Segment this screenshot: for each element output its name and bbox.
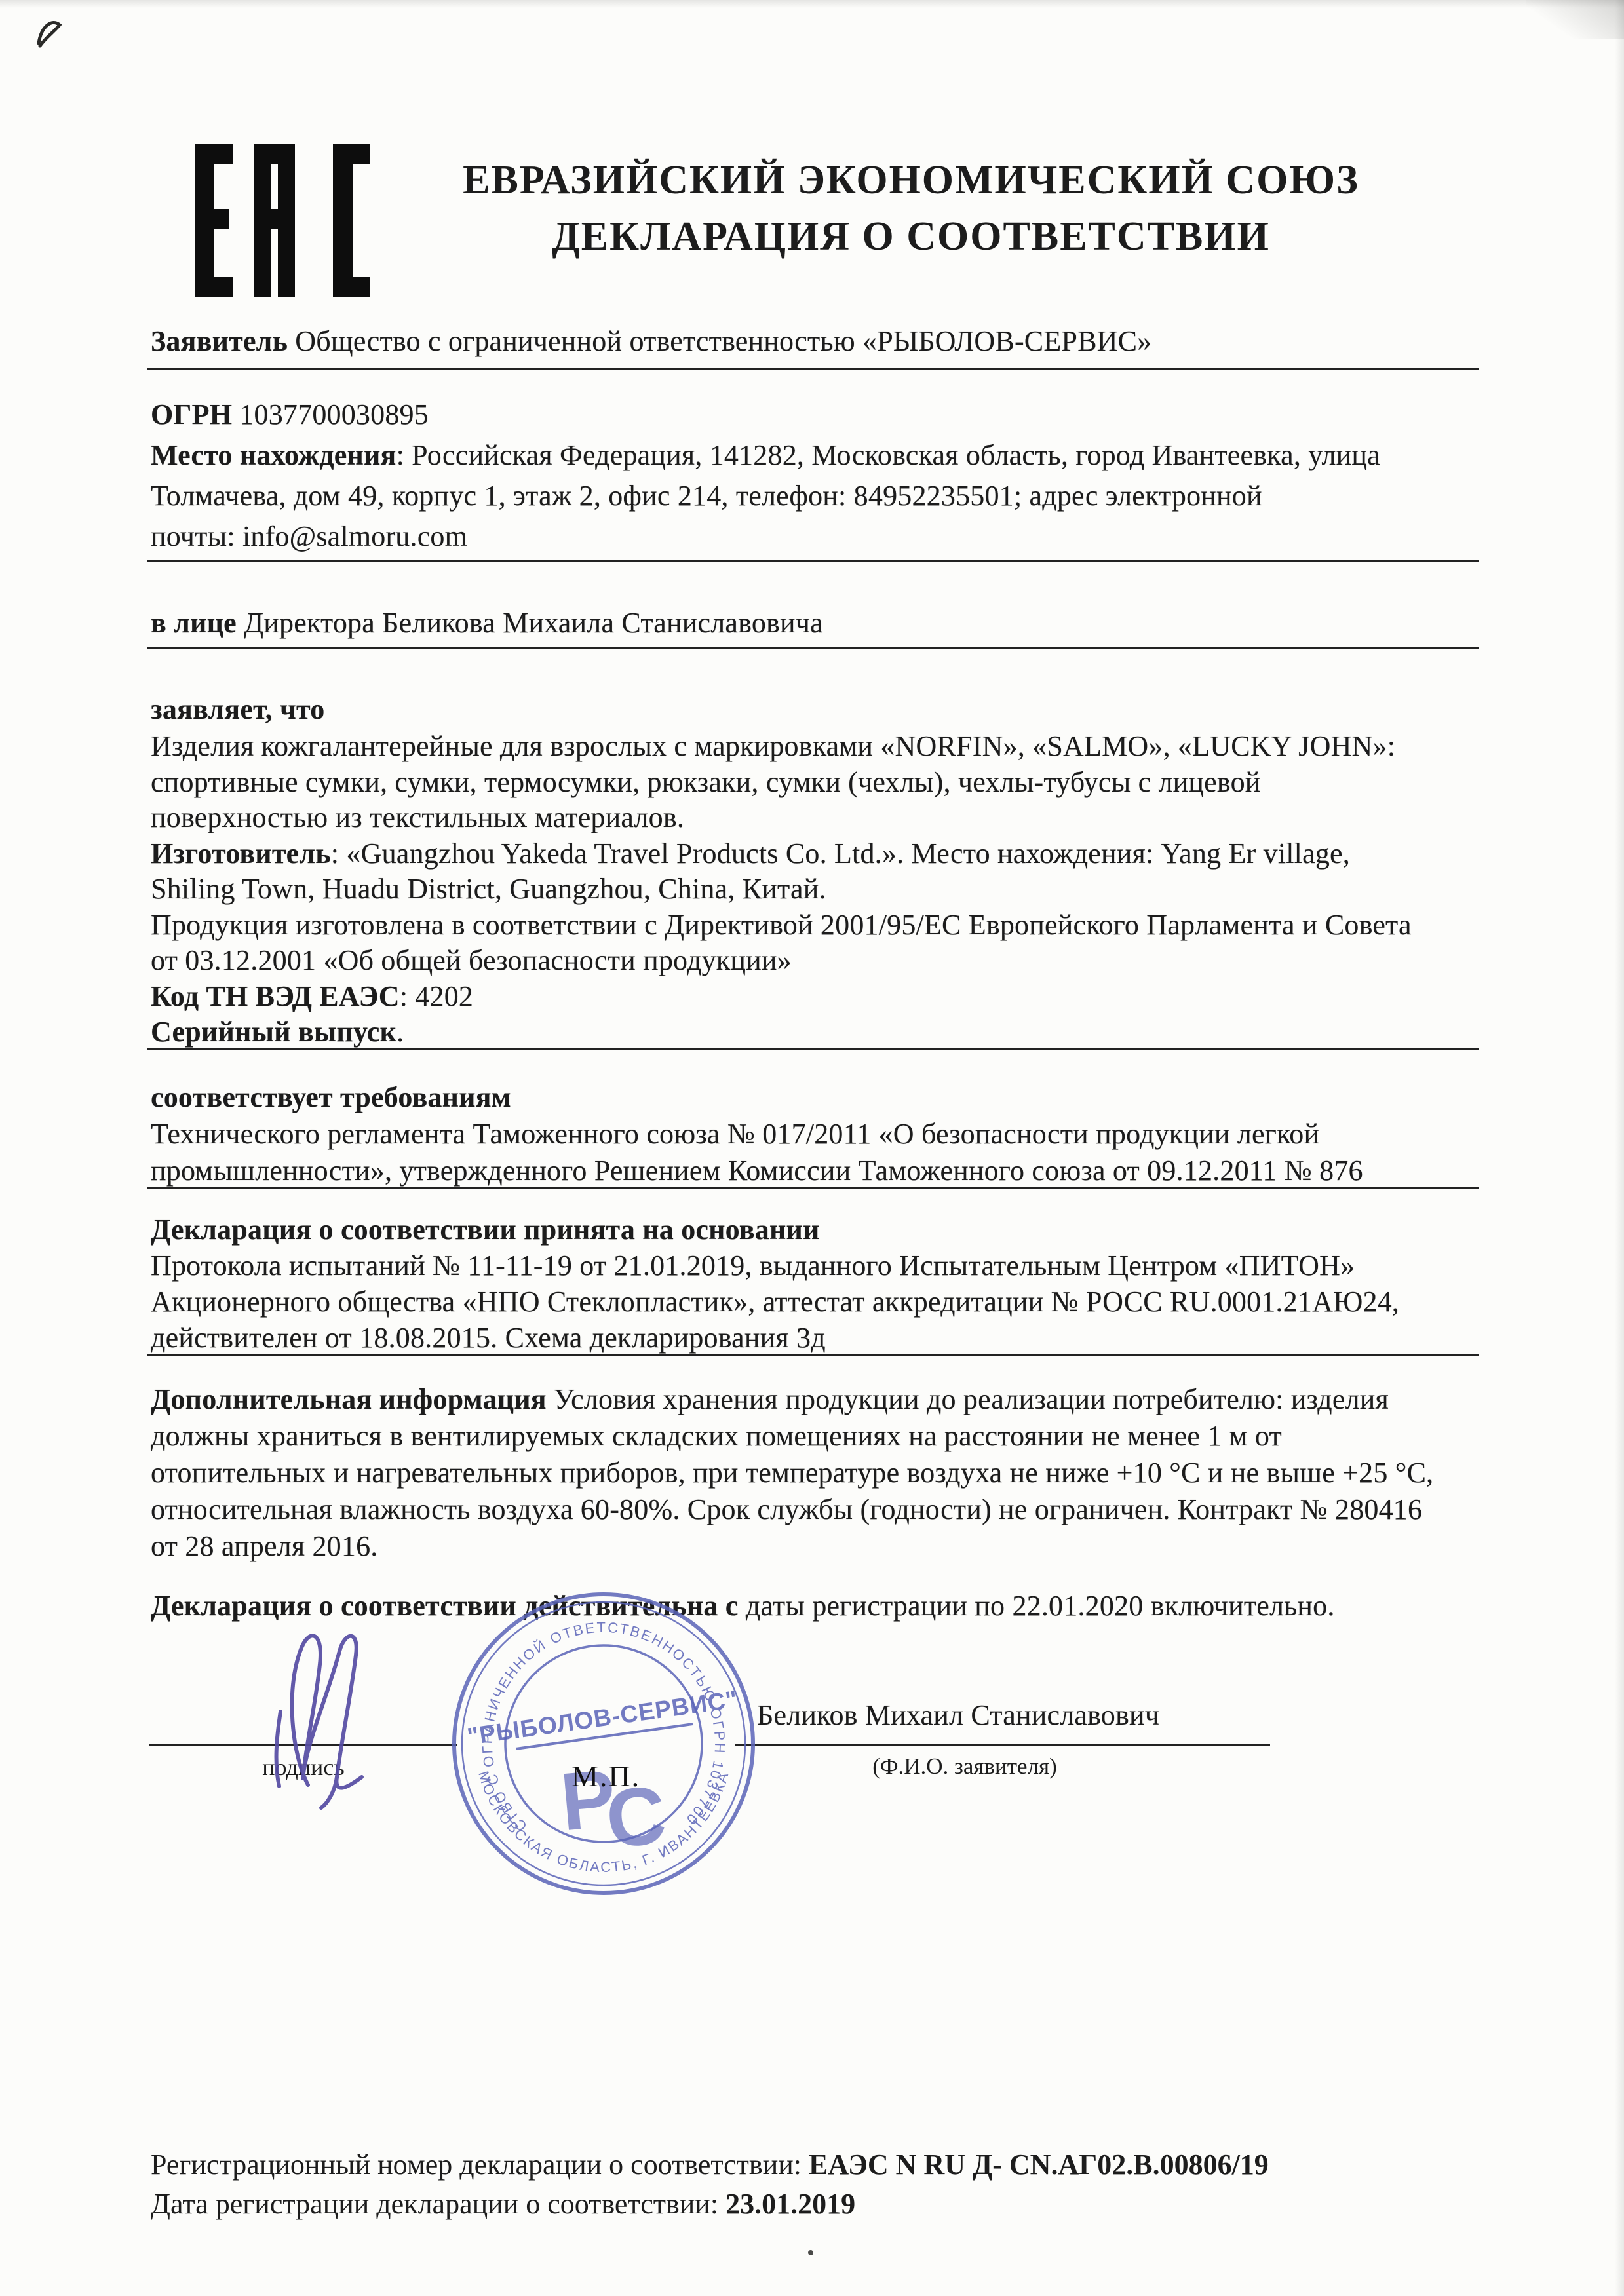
basis-line-2: Акционерного общества «НПО Стеклопластик… (151, 1285, 1399, 1318)
declaration-document: ЕВРАЗИЙСКИЙ ЭКОНОМИЧЕСКИЙ СОЮЗ ДЕКЛАРАЦИ… (0, 0, 1624, 2296)
product-line-2: спортивные сумки, сумки, термосумки, рюк… (151, 765, 1261, 799)
product-line-3: поверхностью из текстильных материалов. (151, 801, 684, 834)
representative-line: в лице Директора Беликова Михаила Станис… (151, 606, 823, 640)
compliance-line-1: Технического регламента Таможенного союз… (151, 1117, 1319, 1151)
additional-info-line-4: относительная влажность воздуха 60-80%. … (151, 1493, 1422, 1526)
additional-info-label: Дополнительная информация (151, 1383, 547, 1415)
serial-line: Серийный выпуск. (151, 1015, 404, 1048)
additional-info-text-1: Условия хранения продукции до реализации… (547, 1383, 1389, 1415)
seal-place-label: М.П. (571, 1759, 640, 1793)
scan-edge-top (0, 0, 1624, 8)
tnved-value: : 4202 (400, 980, 473, 1012)
compliance-heading: соответствует требованиям (151, 1081, 511, 1114)
ogrn-line: ОГРН 1037700030895 (151, 398, 429, 431)
scan-dot-artifact (808, 2250, 813, 2255)
product-line-1: Изделия кожгалантерейные для взрослых с … (151, 729, 1395, 763)
tnved-line: Код ТН ВЭД ЕАЭС: 4202 (151, 980, 473, 1013)
applicant-label: Заявитель (151, 325, 288, 357)
signature (229, 1613, 446, 1810)
representative-label: в лице (151, 607, 237, 639)
document-title: ЕВРАЗИЙСКИЙ ЭКОНОМИЧЕСКИЙ СОЮЗ ДЕКЛАРАЦИ… (354, 152, 1468, 265)
additional-info-line-3: отопительных и нагревательных приборов, … (151, 1456, 1433, 1489)
ogrn-value: 1037700030895 (232, 398, 429, 430)
title-line-1: ЕВРАЗИЙСКИЙ ЭКОНОМИЧЕСКИЙ СОЮЗ (354, 152, 1468, 208)
registration-number-label: Регистрационный номер декларации о соотв… (151, 2149, 809, 2181)
scan-corner-smudge (1526, 0, 1624, 39)
manufacturer-text-1: : «Guangzhou Yakeda Travel Products Co. … (331, 837, 1350, 870)
serial-tail: . (396, 1016, 404, 1048)
registration-date-value: 23.01.2019 (725, 2188, 855, 2220)
name-caption: (Ф.И.О. заявителя) (735, 1753, 1194, 1780)
registration-number-line: Регистрационный номер декларации о соотв… (151, 2148, 1269, 2181)
applicant-fullname: Беликов Михаил Станиславович (757, 1698, 1159, 1732)
title-line-2: ДЕКЛАРАЦИЯ О СООТВЕТСТВИИ (354, 208, 1468, 265)
basis-heading: Декларация о соответствии принята на осн… (151, 1213, 820, 1246)
registration-date-label: Дата регистрации декларации о соответств… (151, 2188, 725, 2220)
registration-date-line: Дата регистрации декларации о соответств… (151, 2187, 855, 2221)
manufacturer-line-1: Изготовитель: «Guangzhou Yakeda Travel P… (151, 837, 1350, 870)
compliance-line-2: промышленности», утвержденного Решением … (151, 1154, 1363, 1187)
scan-edge-right (1615, 0, 1624, 2296)
divider (147, 647, 1479, 649)
applicant-line: Заявитель Общество с ограниченной ответс… (151, 324, 1151, 358)
divider (147, 1187, 1479, 1189)
registration-number-value: ЕАЭС N RU Д- CN.АГ02.В.00806/19 (809, 2149, 1269, 2181)
representative-name: Директора Беликова Михаила Станиславович… (237, 607, 823, 639)
company-stamp: ОБЩЕСТВО С ОГРАНИЧЕННОЙ ОТВЕТСТВЕННОСТЬЮ… (451, 1591, 756, 1896)
divider (147, 1048, 1479, 1050)
applicant-name: Общество с ограниченной ответственностью… (288, 325, 1151, 357)
directive-line-2: от 03.12.2001 «Об общей безопасности про… (151, 944, 792, 977)
eac-logo (195, 144, 370, 297)
divider (147, 368, 1479, 370)
basis-line-3: действителен от 18.08.2015. Схема деклар… (151, 1321, 826, 1354)
location-line-3: почты: info@salmoru.com (151, 520, 467, 553)
divider (147, 1354, 1479, 1356)
manufacturer-label: Изготовитель (151, 837, 331, 870)
additional-info-line-1: Дополнительная информация Условия хранен… (151, 1383, 1389, 1416)
directive-line-1: Продукция изготовлена в соответствии с Д… (151, 908, 1412, 942)
declares-heading: заявляет, что (151, 693, 324, 726)
location-line-2: Толмачева, дом 49, корпус 1, этаж 2, офи… (151, 479, 1262, 512)
additional-info-line-5: от 28 апреля 2016. (151, 1529, 377, 1563)
name-line (735, 1744, 1270, 1746)
location-text-1: : Российская Федерация, 141282, Московск… (396, 439, 1380, 471)
scan-ink-mark (29, 12, 69, 51)
basis-line-1: Протокола испытаний № 11-11-19 от 21.01.… (151, 1249, 1355, 1282)
location-label: Место нахождения (151, 439, 396, 471)
location-line-1: Место нахождения: Российская Федерация, … (151, 438, 1380, 472)
manufacturer-line-2: Shiling Town, Huadu District, Guangzhou,… (151, 872, 826, 906)
divider (147, 560, 1479, 562)
tnved-label: Код ТН ВЭД ЕАЭС (151, 980, 400, 1012)
serial-label: Серийный выпуск (151, 1016, 396, 1048)
additional-info-line-2: должны храниться в вентилируемых складск… (151, 1419, 1282, 1453)
validity-text: даты регистрации по 22.01.2020 включител… (739, 1590, 1335, 1622)
ogrn-label: ОГРН (151, 398, 232, 430)
